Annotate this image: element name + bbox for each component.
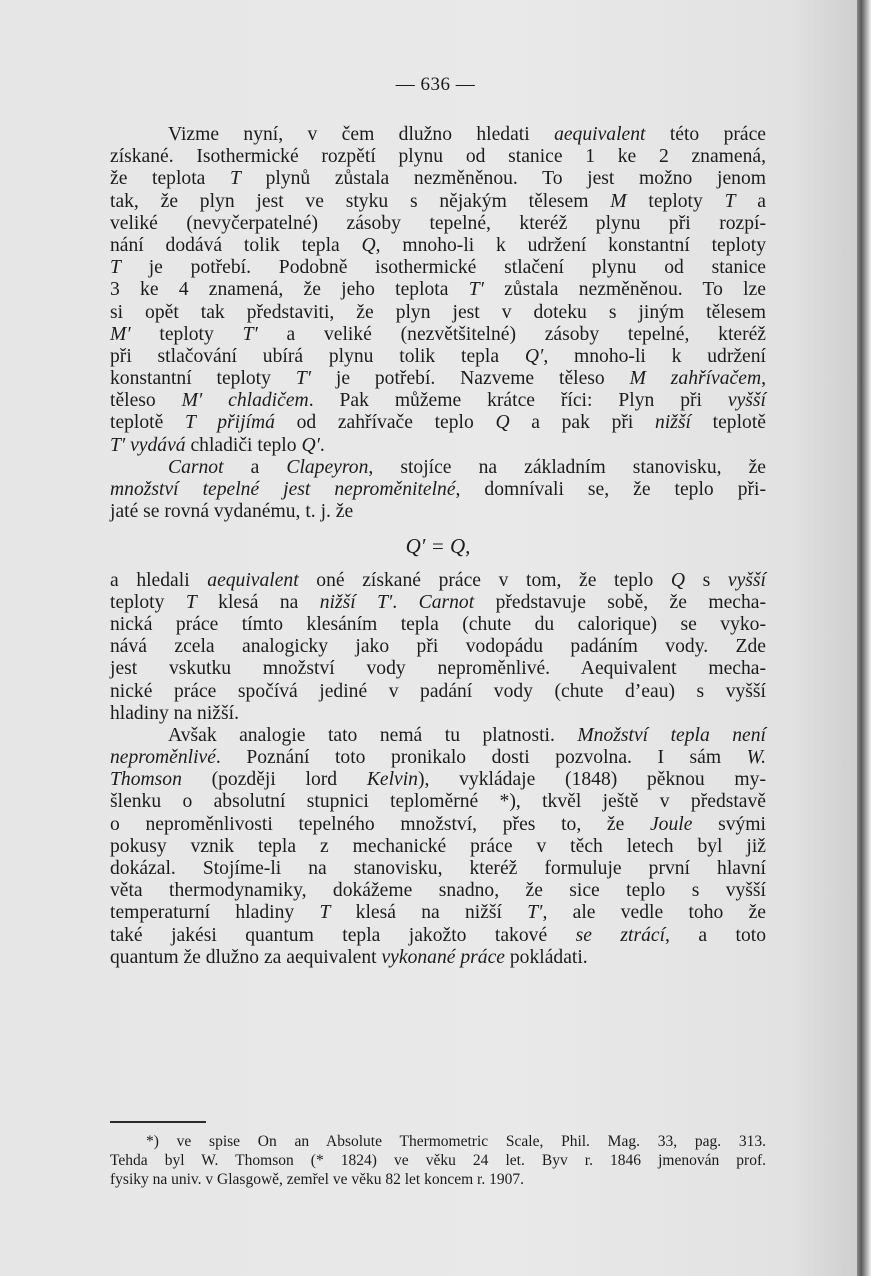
- emphasis: T′ vydává: [110, 435, 186, 456]
- paragraph-1: Vizme nyní, v čem dlužno hledati aequiva…: [110, 124, 766, 457]
- emphasis: Q: [362, 235, 376, 256]
- text-line: tak, že plyn jest ve styku s nějakým těl…: [110, 191, 766, 213]
- text-line: nická práce tímto klesáním tepla (chute …: [110, 614, 766, 636]
- text-line: neproměnlivé. Poznání toto pronikalo dos…: [110, 747, 766, 769]
- paragraph-4: Avšak analogie tato nemá tu platnosti. M…: [110, 725, 766, 969]
- text-line: dokázal. Stojíme-li na stanovisku, které…: [110, 858, 766, 880]
- book-binding-edge: [857, 0, 871, 1276]
- text-line: Avšak analogie tato nemá tu platnosti. M…: [110, 725, 766, 747]
- emphasis: vyšší: [728, 570, 766, 591]
- emphasis: Q′: [525, 346, 543, 367]
- emphasis: Q: [671, 570, 685, 591]
- emphasis: T′: [243, 324, 258, 345]
- text-line: T′ vydává chladiči teplo Q′.: [110, 435, 766, 457]
- emphasis: Q′: [301, 435, 319, 456]
- emphasis: Kelvin: [367, 769, 418, 790]
- footnote-line: fysiky na univ. v Glasgowě, zemřel ve vě…: [110, 1170, 766, 1189]
- text-line: veliké (nevyčerpatelné) zásoby tepelné, …: [110, 213, 766, 235]
- paragraph-3: a hledali aequivalent oné získané práce …: [110, 570, 766, 725]
- text-line: hladiny na nižší.: [110, 703, 766, 725]
- emphasis: vykonané práce: [381, 947, 505, 968]
- emphasis: Joule: [650, 814, 692, 835]
- emphasis: M zahřívačem: [630, 368, 762, 389]
- body-text: Vizme nyní, v čem dlužno hledati aequiva…: [110, 124, 766, 969]
- text-line: quantum že dlužno za aequivalent vykonan…: [110, 947, 766, 969]
- emphasis: T′: [469, 279, 484, 300]
- emphasis: T: [230, 168, 241, 189]
- emphasis: nižší T′: [320, 592, 393, 613]
- emphasis: M′: [110, 324, 131, 345]
- text-line: jaté se rovná vydanému, t. j. že: [110, 501, 766, 523]
- footnote: *) ve spise On an Absolute Thermometric …: [110, 1132, 766, 1189]
- text-line: si opět tak představiti, že plyn jest v …: [110, 302, 766, 324]
- emphasis: vyšší: [728, 390, 766, 411]
- emphasis: Carnot: [419, 592, 475, 613]
- text-line: těleso M′ chladičem. Pak můžeme krátce ř…: [110, 390, 766, 412]
- text-line: věta thermodynamiky, dokážeme snadno, že…: [110, 880, 766, 902]
- text-line: Thomson (později lord Kelvin), vykládaje…: [110, 769, 766, 791]
- footnote-rule: [110, 1121, 206, 1123]
- emphasis: Q: [495, 412, 509, 433]
- text-line: že teplota T plynů zůstala nezměněnou. T…: [110, 168, 766, 190]
- text-line: M′ teploty T′ a veliké (nezvětšitelné) z…: [110, 324, 766, 346]
- text-line: Carnot a Clapeyron, stojíce na základním…: [110, 457, 766, 479]
- emphasis: T: [110, 257, 121, 278]
- text-line: také jakési quantum tepla jakožto takové…: [110, 925, 766, 947]
- text-line: jest vskutku množství vody neproměnlivé.…: [110, 658, 766, 680]
- emphasis: Clapeyron: [286, 457, 368, 478]
- footnote-line: Tehda byl W. Thomson (* 1824) ve věku 24…: [110, 1151, 766, 1170]
- text-line: a hledali aequivalent oné získané práce …: [110, 570, 766, 592]
- emphasis: neproměnlivé: [110, 747, 216, 768]
- emphasis: T: [186, 592, 197, 613]
- emphasis: T: [319, 902, 330, 923]
- emphasis: T přijímá: [185, 412, 275, 433]
- paragraph-2: Carnot a Clapeyron, stojíce na základním…: [110, 457, 766, 524]
- emphasis: Carnot: [168, 457, 224, 478]
- text-line: teploty T klesá na nižší T′. Carnot před…: [110, 592, 766, 614]
- emphasis: M′ chladičem: [182, 390, 309, 411]
- emphasis: aequivalent: [554, 124, 645, 145]
- text-line: šlenku o absolutní stupnici teploměrné *…: [110, 791, 766, 813]
- formula-q-equals-q: Q′ = Q,: [110, 535, 766, 557]
- text-line: T je potřebí. Podobně isothermické stlač…: [110, 257, 766, 279]
- emphasis: Thomson: [110, 769, 182, 790]
- footnote-line: *) ve spise On an Absolute Thermometric …: [110, 1132, 766, 1151]
- emphasis: Množství tepla není: [577, 725, 766, 746]
- emphasis: T′: [527, 902, 542, 923]
- emphasis: M: [610, 191, 626, 212]
- text-line: množství tepelné jest neproměnitelné, do…: [110, 479, 766, 501]
- text-line: nické práce spočívá jediné v padání vody…: [110, 681, 766, 703]
- text-line: při stlačování ubírá plynu tolik tepla Q…: [110, 346, 766, 368]
- page-number: — 636 —: [0, 74, 871, 96]
- emphasis: nižší: [655, 412, 691, 433]
- emphasis: aequivalent: [207, 570, 298, 591]
- emphasis: W.: [747, 747, 766, 768]
- text-line: pokusy vznik tepla z mechanické práce v …: [110, 836, 766, 858]
- emphasis: T: [725, 191, 736, 212]
- emphasis: T′: [296, 368, 311, 389]
- text-line: 3 ke 4 znamená, že jeho teplota T′ zůsta…: [110, 279, 766, 301]
- text-line: získané. Isothermické rozpětí plynu od s…: [110, 146, 766, 168]
- text-line: teplotě T přijímá od zahřívače teplo Q a…: [110, 412, 766, 434]
- text-line: Vizme nyní, v čem dlužno hledati aequiva…: [110, 124, 766, 146]
- emphasis: množství tepelné jest neproměnitelné: [110, 479, 456, 500]
- text-line: temperaturní hladiny T klesá na nižší T′…: [110, 902, 766, 924]
- text-line: nává zcela analogicky jako při vodopádu …: [110, 636, 766, 658]
- text-line: o neproměnlivosti tepelného množství, př…: [110, 814, 766, 836]
- emphasis: se ztrácí: [576, 925, 665, 946]
- text-line: konstantní teploty T′ je potřebí. Nazvem…: [110, 368, 766, 390]
- text-line: nání dodává tolik tepla Q, mnoho-li k ud…: [110, 235, 766, 257]
